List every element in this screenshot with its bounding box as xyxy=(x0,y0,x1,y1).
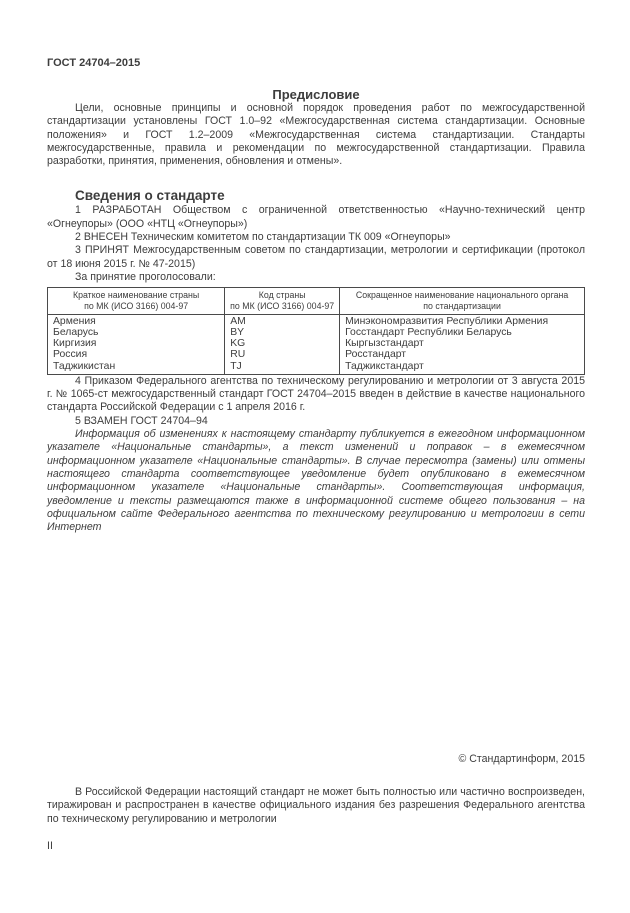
cell-country: Россия xyxy=(48,349,225,360)
cell-org: Таджикстандарт xyxy=(340,361,585,375)
preface-paragraph: Цели, основные принципы и основной поряд… xyxy=(47,102,585,168)
table-row: Россия RU Росстандарт xyxy=(48,349,585,360)
info-item-2-submitted: 2 ВНЕСЕН Техническим комитетом по станда… xyxy=(47,231,585,244)
cell-country: Киргизия xyxy=(48,338,225,349)
info-item-3-adopted: 3 ПРИНЯТ Межгосударственным советом по с… xyxy=(47,244,585,271)
cell-country: Беларусь xyxy=(48,327,225,338)
cell-code: KG xyxy=(225,338,340,349)
page-number: II xyxy=(47,840,53,853)
vote-table-caption: За принятие проголосовали: xyxy=(47,271,585,284)
info-item-5-replaces: 5 ВЗАМЕН ГОСТ 24704–94 xyxy=(47,415,585,428)
cell-country: Армения xyxy=(48,314,225,327)
cell-org: Кыргызстандарт xyxy=(340,338,585,349)
cell-country: Таджикистан xyxy=(48,361,225,375)
info-item-1-developed: 1 РАЗРАБОТАН Обществом с ограниченной от… xyxy=(47,204,585,231)
cell-org: Росстандарт xyxy=(340,349,585,360)
vote-table-header: Краткое наименование страны по МК (ИСО 3… xyxy=(48,288,585,315)
amendments-notice: Информация об изменениях к настоящему ст… xyxy=(47,428,585,534)
cell-code: BY xyxy=(225,327,340,338)
cell-code: RU xyxy=(225,349,340,360)
table-row: Киргизия KG Кыргызстандарт xyxy=(48,338,585,349)
cell-code: AM xyxy=(225,314,340,327)
table-row: Таджикистан TJ Таджикстандарт xyxy=(48,361,585,375)
column-header-country-name: Краткое наименование страны по МК (ИСО 3… xyxy=(48,288,225,315)
table-row: Беларусь BY Госстандарт Республики Белар… xyxy=(48,327,585,338)
copyright-line: © Стандартинформ, 2015 xyxy=(459,753,585,766)
page-title: Предисловие xyxy=(47,87,585,102)
column-header-country-code: Код страны по МК (ИСО 3166) 004-97 xyxy=(225,288,340,315)
info-item-4-enacted: 4 Приказом Федерального агентства по тех… xyxy=(47,375,585,415)
table-row: Армения AM Минэкономразвития Республики … xyxy=(48,314,585,327)
cell-org: Минэкономразвития Республики Армения xyxy=(340,314,585,327)
document-page: ГОСТ 24704–2015 Предисловие Цели, основн… xyxy=(0,0,630,913)
doc-code: ГОСТ 24704–2015 xyxy=(47,57,585,70)
column-header-national-body: Сокращенное наименование национального о… xyxy=(340,288,585,315)
cell-org: Госстандарт Республики Беларусь xyxy=(340,327,585,338)
section-heading-standard-info: Сведения о стандарте xyxy=(75,188,585,204)
cell-code: TJ xyxy=(225,361,340,375)
reproduction-restriction: В Российской Федерации настоящий стандар… xyxy=(47,786,585,826)
vote-table: Краткое наименование страны по МК (ИСО 3… xyxy=(47,287,585,375)
